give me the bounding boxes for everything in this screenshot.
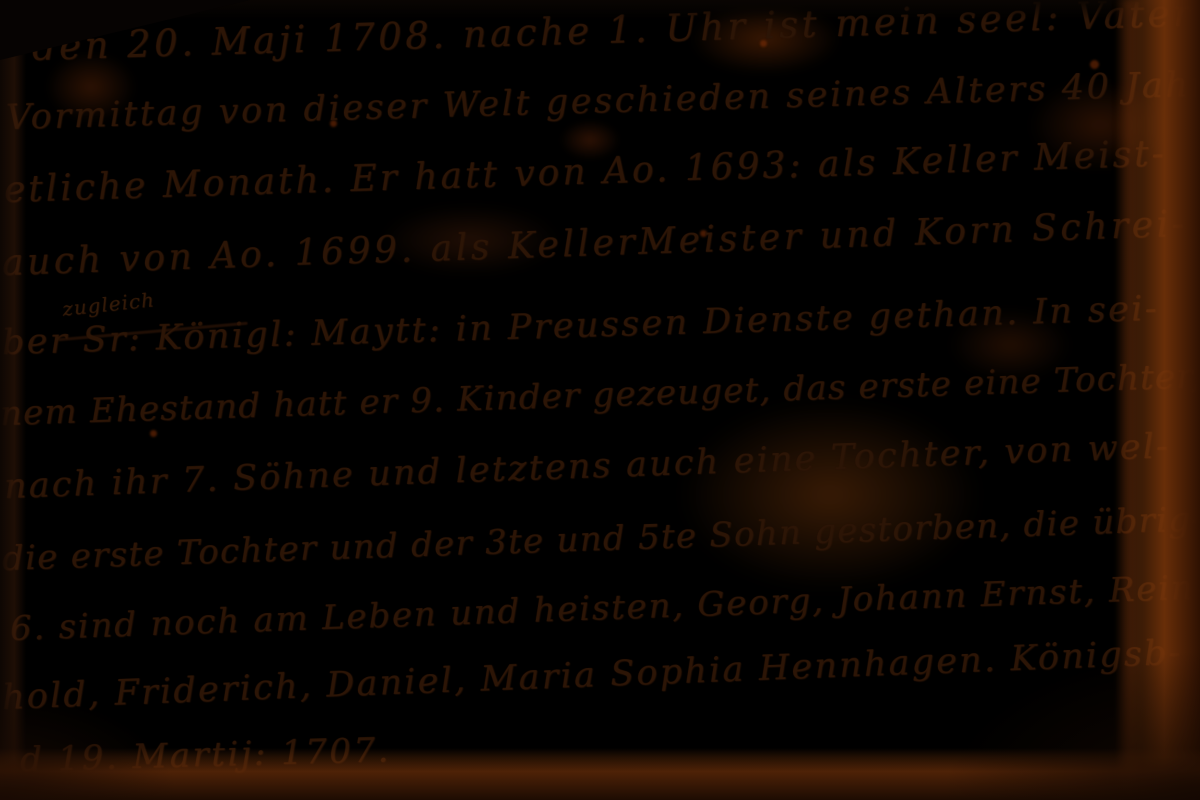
manuscript-line: nach ihr 7. Söhne und letztens auch eine… <box>3 426 1170 507</box>
manuscript-line: Vormittag von dieser Welt geschieden sei… <box>5 64 1200 138</box>
manuscript-line: nem Ehestand hatt er 9. Kinder gezeuget,… <box>0 356 1200 434</box>
manuscript-line: hold, Friderich, Daniel, Maria Sophia He… <box>1 633 1183 718</box>
manuscript-line: auch von Ao. 1699. als KellerMeister und… <box>1 204 1188 284</box>
manuscript-line: 6. sind noch am Leben und heisten, Georg… <box>9 567 1200 649</box>
vignette-right <box>1115 0 1200 800</box>
page-fold-shadow <box>1116 0 1142 800</box>
insertion-note: zugleich <box>61 287 156 321</box>
paper-stain <box>680 400 980 590</box>
manuscript-photo: den 20. Maji 1708. nache 1. Uhr ist mein… <box>0 0 1200 800</box>
foxing-spot <box>150 430 157 437</box>
manuscript-line: etliche Monath. Er hatt von Ao. 1693: al… <box>3 133 1167 211</box>
manuscript-line: ber Sr: Königl: Maytt: in Preussen Diens… <box>1 289 1159 363</box>
manuscript-line: die erste Tochter und der 3te und 5te So… <box>1 499 1200 579</box>
manuscript-line: d 19. Martij: 1707. <box>19 730 391 780</box>
manuscript-line: den 20. Maji 1708. nache 1. Uhr ist mein… <box>31 0 1194 69</box>
